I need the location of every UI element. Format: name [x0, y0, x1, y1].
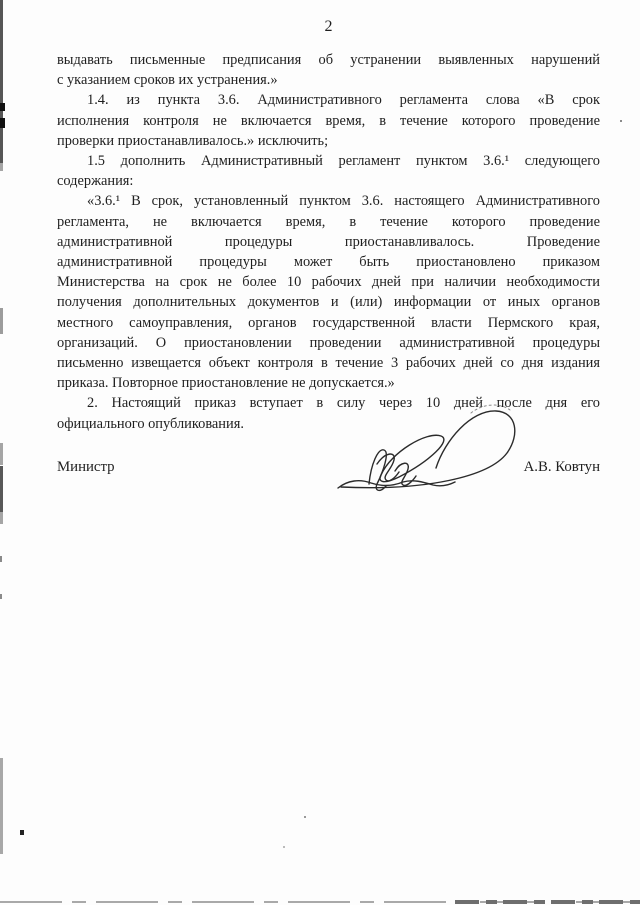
- document-line: получения дополнительных документов и (и…: [57, 292, 600, 312]
- document-body: выдавать письменные предписания об устра…: [57, 50, 600, 434]
- document-line: выдавать письменные предписания об устра…: [57, 50, 600, 70]
- scan-speck: [283, 846, 285, 848]
- document-line: 1.5 дополнить Административный регламент…: [57, 151, 600, 171]
- document-line: «3.6.¹ В срок, установленный пунктом 3.6…: [57, 191, 600, 211]
- page-bottom-edge-dark: [455, 900, 640, 904]
- scan-edge-artifact: [0, 103, 5, 111]
- page-number: 2: [57, 18, 600, 36]
- document-line: Министерства на срок не более 10 рабочих…: [57, 272, 600, 292]
- document-line: письменно извещается объект контроля в т…: [57, 353, 600, 373]
- scan-edge-artifact: [0, 556, 2, 562]
- scan-edge-artifact: [0, 758, 3, 854]
- document-line: с указанием сроков их устранения.»: [57, 70, 600, 90]
- scan-edge-artifact: [0, 466, 3, 512]
- scan-edge-artifact: [0, 163, 3, 171]
- scan-speck: [620, 120, 622, 122]
- document-line: местного самоуправления, органов государ…: [57, 313, 600, 333]
- document-line: организаций. О приостановлении проведени…: [57, 333, 600, 353]
- document-line: административной процедуры может быть пр…: [57, 252, 600, 272]
- document-line: исполнения контроля не включается время,…: [57, 111, 600, 131]
- scan-edge-artifact: [0, 512, 3, 524]
- signer-position-label: Министр: [57, 459, 115, 476]
- document-line: 1.4. из пункта 3.6. Административного ре…: [57, 90, 600, 110]
- scan-edge-artifact: [0, 0, 3, 163]
- document-line: приказа. Повторное приостановление не до…: [57, 373, 600, 393]
- scan-edge-artifact: [0, 443, 3, 465]
- handwritten-signature-icon: [333, 402, 525, 496]
- scan-speck: [304, 816, 306, 818]
- document-page: 2 выдавать письменные предписания об уст…: [0, 0, 640, 905]
- scan-edge-artifact: [0, 594, 2, 599]
- signer-name: А.В. Ковтун: [524, 459, 600, 476]
- document-line: регламента, не включается время, в течен…: [57, 212, 600, 232]
- scan-speck: [20, 830, 24, 835]
- document-line: административной процедуры приостанавлив…: [57, 232, 600, 252]
- document-line: содержания:: [57, 171, 600, 191]
- scan-edge-artifact: [0, 118, 5, 128]
- document-line: проверки приостанавливалось.» исключить;: [57, 131, 600, 151]
- scan-edge-artifact: [0, 308, 3, 334]
